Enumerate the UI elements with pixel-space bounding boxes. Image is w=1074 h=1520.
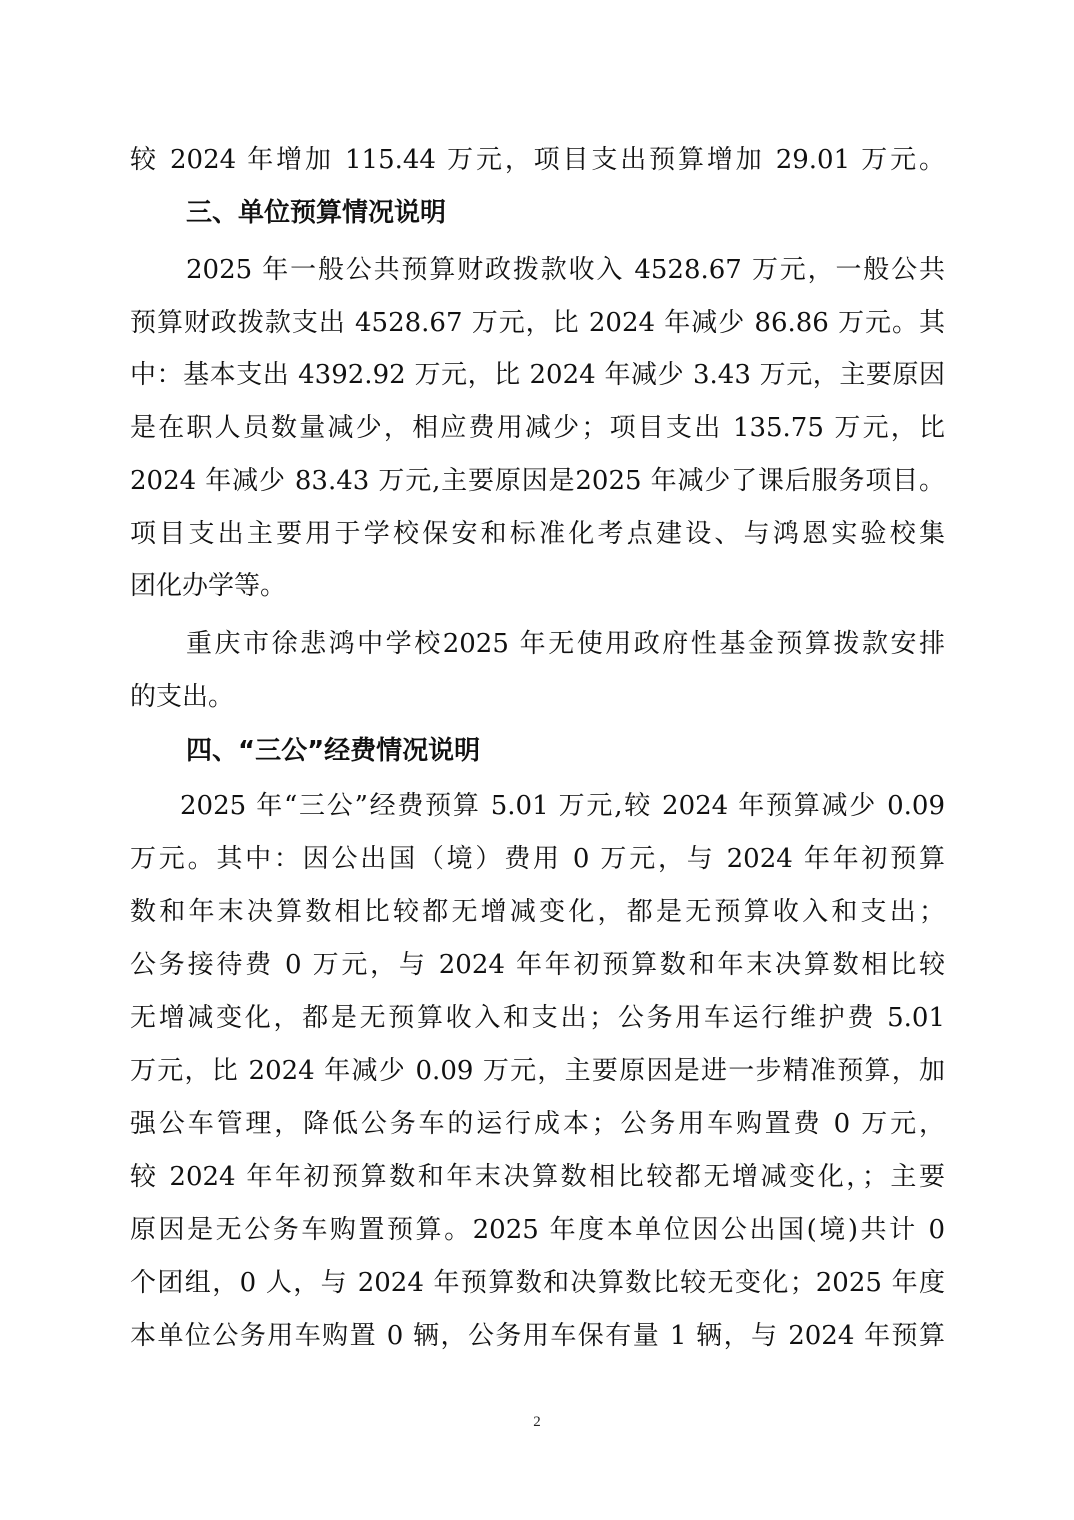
- paragraph-line: 2025 年“三公”经费预算 5.01 万元,较 2024 年预算减少 0.09: [180, 786, 945, 826]
- paragraph-line: 的支出。: [130, 677, 945, 717]
- paragraph-line: 个团组，0 人，与 2024 年预算数和决算数比较无变化；2025 年度: [130, 1263, 945, 1303]
- paragraph-line: 重庆市徐悲鸿中学校2025 年无使用政府性基金预算拨款安排: [186, 624, 945, 664]
- paragraph-line: 无增减变化，都是无预算收入和支出；公务用车运行维护费 5.01: [130, 998, 945, 1038]
- paragraph-line: 中：基本支出 4392.92 万元，比 2024 年减少 3.43 万元，主要原…: [130, 355, 945, 395]
- paragraph-line: 万元。其中：因公出国（境）费用 0 万元，与 2024 年年初预算: [130, 839, 945, 879]
- paragraph-line: 数和年末决算数相比较都无增减变化，都是无预算收入和支出；: [130, 892, 945, 932]
- paragraph-line: 预算财政拨款支出 4528.67 万元，比 2024 年减少 86.86 万元。…: [130, 303, 945, 343]
- paragraph-line: 项目支出主要用于学校保安和标准化考点建设、与鸿恩实验校集: [130, 514, 945, 554]
- paragraph-line: 2024 年减少 83.43 万元,主要原因是2025 年减少了课后服务项目。: [130, 461, 945, 501]
- paragraph-line: 原因是无公务车购置预算。2025 年度本单位因公出国(境)共计 0: [130, 1210, 945, 1250]
- paragraph-line: 公务接待费 0 万元，与 2024 年年初预算数和年末决算数相比较: [130, 945, 945, 985]
- document-page: 较 2024 年增加 115.44 万元，项目支出预算增加 29.01 万元。 …: [0, 0, 1074, 1520]
- paragraph-line: 团化办学等。: [130, 566, 945, 606]
- section-heading-unit-budget: 三、单位预算情况说明: [186, 193, 446, 233]
- paragraph-line: 较 2024 年年初预算数和年末决算数相比较都无增减变化，；主要: [130, 1157, 945, 1197]
- paragraph-line: 2025 年一般公共预算财政拨款收入 4528.67 万元，一般公共: [186, 250, 945, 290]
- section-heading-three-public-expenses: 四、“三公”经费情况说明: [186, 731, 480, 771]
- paragraph-line: 万元，比 2024 年减少 0.09 万元，主要原因是进一步精准预算，加: [130, 1051, 945, 1091]
- page-number: 2: [0, 1414, 1074, 1431]
- paragraph-line: 本单位公务用车购置 0 辆，公务用车保有量 1 辆，与 2024 年预算: [130, 1316, 945, 1356]
- paragraph-line: 较 2024 年增加 115.44 万元，项目支出预算增加 29.01 万元。: [130, 140, 945, 180]
- paragraph-line: 是在职人员数量减少，相应费用减少；项目支出 135.75 万元，比: [130, 408, 945, 448]
- paragraph-line: 强公车管理，降低公务车的运行成本；公务用车购置费 0 万元，: [130, 1104, 945, 1144]
